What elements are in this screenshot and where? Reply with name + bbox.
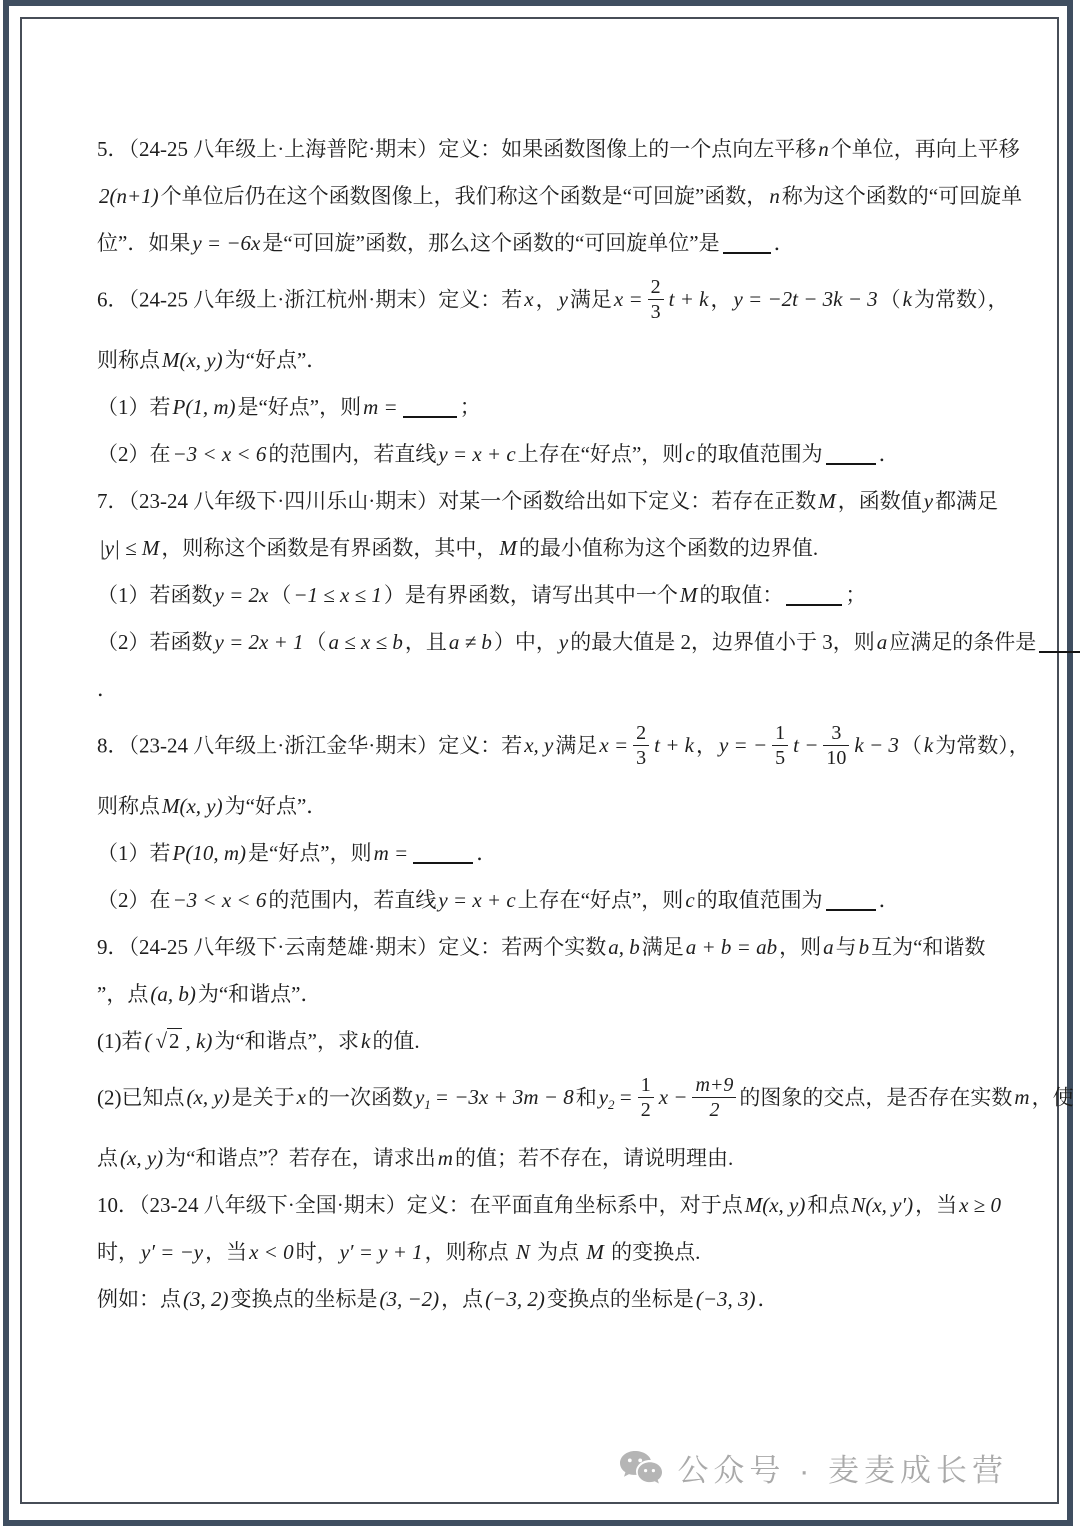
problem-9-line-4: (2)已知点(x, y)是关于x的一次函数y1= −3x + 3m − 8和y2… [97,1075,1002,1124]
answer-blank [826,890,876,911]
text-run: ，点 [441,1287,483,1311]
math-run: a ≤ x ≤ b [326,630,404,654]
problem-7-line-3: （1）若函数y = 2x（−1 ≤ x ≤ 1）是有界函数，请写出其中一个M的取… [97,582,1002,608]
math-run: m [436,1146,455,1170]
math-run: c [683,888,696,912]
text-run: 的取值范围为 [697,888,823,912]
text-run: （1）若 [97,395,171,419]
text-run: （1）若函数 [97,583,213,607]
text-run: 的取值： [699,583,783,607]
text-run: 为常数）， [914,287,1009,311]
fraction: 15 [772,721,788,770]
text-run: 应满足的条件是 [889,630,1036,654]
text-run: 的范围内，若直线 [268,888,436,912]
text-run: 为“好点”． [225,348,328,372]
text-run: 10．（23-24 八年级下·全国·期末）定义：在平面直角坐标系中，对于点 [97,1193,743,1217]
text-run: ，则称点 [425,1240,514,1264]
text-run: (1)若 [97,1029,143,1053]
text-run: ，且 [405,630,447,654]
answer-blank [413,843,473,864]
text-run: 满足 [555,733,597,757]
math-run: m = [372,841,411,865]
math-run: k [922,733,935,757]
problem-7-line-2: |y| ≤ M，则称这个函数是有界函数，其中，M的最小值称为这个函数的边界值. [97,535,1002,561]
text-run: ． [774,231,795,255]
answer-blank [826,444,876,465]
text-run: （2）在 [97,442,171,466]
math-run: m = [361,395,400,419]
math-run: (x, y) [118,1146,165,1170]
problem-6-line-2: 则称点M(x, y)为“好点”． [97,347,1002,373]
text-run: 满足 [570,287,612,311]
math-run: = [617,1085,635,1109]
math-run: x, y [522,733,555,757]
fraction: m+92 [692,1073,736,1122]
problem-10-line-2: 时，y′ = −y，当x < 0时，y′ = y + 1，则称点 N 为点 M … [97,1239,1002,1265]
text-run: 的最大值是 2，边界值小于 3，则 [570,630,875,654]
text-run: ，使 [1032,1085,1074,1109]
text-run: ； [845,583,866,607]
math-run: a ≠ b [447,630,494,654]
text-run: ． [476,841,497,865]
problem-6-line-3: （1）若P(1, m)是“好点”，则m =； [97,394,1002,420]
text-run: ． [879,442,900,466]
text-run: ，当 [915,1193,957,1217]
text-run: 例如：点 [97,1287,181,1311]
text-run: ． [879,888,900,912]
math-run: M [584,1240,606,1264]
math-run: y′ = −y [139,1240,205,1264]
text-run: 为“和谐点”？若存在，请求出 [165,1146,436,1170]
math-run: x = [597,733,630,757]
text-run: （2）若函数 [97,630,213,654]
fraction: 12 [638,1073,654,1122]
text-run: 9．（24-25 八年级下·云南楚雄·期末）定义：若两个实数 [97,935,606,959]
math-run: x ≥ 0 [957,1193,1003,1217]
problem-8-line-1: 8．（23-24 八年级上·浙江金华·期末）定义：若x, y满足x =23t +… [97,723,1002,772]
math-run: −1 ≤ x ≤ 1 [291,583,384,607]
math-run: M(x, y) [743,1193,808,1217]
math-run: y = 2x [213,583,271,607]
math-run: y′ = y + 1 [338,1240,425,1264]
text-run: 是“好点”，则 [248,841,372,865]
problem-8-line-4: （2）在−3 < x < 6的范围内，若直线y = x + c上存在“好点”，则… [97,887,1002,913]
text-run: （ [901,733,922,757]
math-run: a [821,935,836,959]
problem-10-line-1: 10．（23-24 八年级下·全国·期末）定义：在平面直角坐标系中，对于点M(x… [97,1192,1002,1218]
math-run: k − 3 [852,733,901,757]
fraction: 23 [648,275,664,324]
problem-5-line-1: 5．（24-25 八年级上·上海普陀·期末）定义：如果函数图像上的一个点向左平移… [97,136,1002,162]
text-run: （ [305,630,326,654]
problem-9-line-5: 点(x, y)为“和谐点”？若存在，请求出m的值；若不存在，请说明理由. [97,1145,1002,1171]
problem-5-line-2: 2(n+1)个单位后仍在这个函数图像上，我们称这个函数是“可回旋”函数，n称为这… [97,183,1002,209]
text-run: 为“和谐点”，求 [214,1029,359,1053]
text-run: 6．（24-25 八年级上·浙江杭州·期末）定义：若 [97,287,522,311]
math-run: N(x, y′) [849,1193,915,1217]
text-run: ； [460,395,481,419]
fraction: 310 [823,721,849,770]
text-run: ）中， [494,630,557,654]
problems-text: 5．（24-25 八年级上·上海普陀·期末）定义：如果函数图像上的一个点向左平移… [97,136,1002,1333]
math-run: k [359,1029,372,1053]
problem-7-line-4: （2）若函数y = 2x + 1（a ≤ x ≤ b，且a ≠ b）中，y的最大… [97,629,1002,655]
text-run: 的变换点. [606,1240,701,1264]
text-run: 个单位后仍在这个函数图像上，我们称这个函数是“可回旋”函数， [161,184,768,208]
sqrt-expression: √2 [154,1029,184,1053]
text-run: 为“和谐点”． [198,982,322,1006]
text-run: 称为这个函数的“可回旋单 [782,184,1022,208]
math-run: y [922,489,935,513]
math-run: P(1, m) [171,395,238,419]
text-run: 的值. [372,1029,419,1053]
text-run: 个单位，再向上平移 [831,137,1020,161]
text-run: 则称点 [97,794,160,818]
math-run: n [816,137,831,161]
text-run: 5．（24-25 八年级上·上海普陀·期末）定义：如果函数图像上的一个点向左平移 [97,137,816,161]
math-run: 2(n+1) [97,184,161,208]
text-run: ）是有界函数，请写出其中一个 [384,583,678,607]
math-run: y2 [597,1085,617,1109]
math-run: y = x + c [436,442,517,466]
text-run: 为“好点”． [225,794,328,818]
math-run: x − [657,1085,690,1109]
math-run: −3 < x < 6 [171,888,269,912]
text-run: 时， [296,1240,338,1264]
text-run: 的图象的交点，是否存在实数 [739,1085,1012,1109]
math-run: (x, y) [185,1085,232,1109]
math-run: = −3x + 3m − 8 [433,1085,576,1109]
math-run: M [678,583,700,607]
text-run: ， [710,287,731,311]
text-run: 是“可回旋”函数，那么这个函数的“可回旋单位”是 [262,231,719,255]
math-run: −3 < x < 6 [171,442,269,466]
text-run: ，则称这个函数是有界函数，其中， [161,536,497,560]
text-run: 位”．如果 [97,231,190,255]
math-run: y = x + c [436,888,517,912]
math-run: (3, 2) [181,1287,231,1311]
text-run: 上存在“好点”，则 [518,442,684,466]
math-run: y1 [413,1085,433,1109]
text-run: 的最小值称为这个函数的边界值. [519,536,818,560]
math-run: (−3, 2) [483,1287,547,1311]
math-run: M [497,536,519,560]
text-run: （1）若 [97,841,171,865]
text-run: ， [696,733,717,757]
problem-7-line-5: ． [97,676,1002,702]
math-run: M(x, y) [160,794,225,818]
answer-blank [403,397,457,418]
math-run: k [901,287,914,311]
fraction: 23 [633,721,649,770]
text-run: 时， [97,1240,139,1264]
math-run: M [816,489,838,513]
math-run: a + b = ab [684,935,779,959]
text-run: ， [536,287,557,311]
problem-8-line-2: 则称点M(x, y)为“好点”． [97,793,1002,819]
text-run: 的取值范围为 [697,442,823,466]
math-run: N [514,1240,532,1264]
text-run: ． [758,1287,779,1311]
math-run: a, b [606,935,642,959]
text-run: 点 [97,1146,118,1170]
math-run: (−3, 3) [694,1287,758,1311]
problem-10-line-3: 例如：点(3, 2)变换点的坐标是(3, −2)，点(−3, 2)变换点的坐标是… [97,1286,1002,1312]
math-run: P(10, m) [171,841,248,865]
problem-6-line-1: 6．（24-25 八年级上·浙江杭州·期末）定义：若x，y满足x =23t + … [97,277,1002,326]
text-run: ，则 [779,935,821,959]
text-run: 是关于 [232,1085,295,1109]
math-run: (a, b) [148,982,198,1006]
text-run: （ [270,583,291,607]
watermark: 公众号 · 麦麦成长营 [619,1445,1008,1490]
math-run: c [683,442,696,466]
math-run: (3, −2) [378,1287,442,1311]
math-run: y = −6x [190,231,262,255]
answer-blank [786,585,842,606]
wechat-icon [619,1450,663,1486]
text-run: 的范围内，若直线 [268,442,436,466]
text-run: 和点 [807,1193,849,1217]
problem-9-line-3: (1)若(√2, k)为“和谐点”，求k的值. [97,1028,1002,1054]
text-run: ”，点 [97,982,148,1006]
text-run: 的值；若不存在，请说明理由. [455,1146,733,1170]
math-run: x [295,1085,308,1109]
math-run: , k) [184,1029,215,1053]
math-run: y = 2x + 1 [213,630,306,654]
math-run: x [522,287,535,311]
text-run: ． [97,677,118,701]
math-run: t − [791,733,820,757]
text-run: 为点 [532,1240,585,1264]
text-run: 8．（23-24 八年级上·浙江金华·期末）定义：若 [97,733,522,757]
math-run: ( [143,1029,154,1053]
problem-6-line-4: （2）在−3 < x < 6的范围内，若直线y = x + c上存在“好点”，则… [97,441,1002,467]
text-run: 都满足 [935,489,998,513]
math-run: y = −2t − 3k − 3 [731,287,879,311]
math-run: x < 0 [247,1240,296,1264]
problem-9-line-1: 9．（24-25 八年级下·云南楚雄·期末）定义：若两个实数a, b满足a + … [97,934,1002,960]
text-run: 互为“和谐数 [871,935,985,959]
text-run: 满足 [642,935,684,959]
math-run: n [767,184,782,208]
math-run: y = − [717,733,769,757]
problem-7-line-1: 7．（23-24 八年级下·四川乐山·期末）对某一个函数给出如下定义：若存在正数… [97,488,1002,514]
text-run: 7．（23-24 八年级下·四川乐山·期末）对某一个函数给出如下定义：若存在正数 [97,489,816,513]
math-run: M(x, y) [160,348,225,372]
math-run: t + k [667,287,711,311]
math-run: a [875,630,890,654]
math-run: |y| ≤ M [97,536,161,560]
math-run: y [557,630,570,654]
problem-8-line-3: （1）若P(10, m)是“好点”，则m =． [97,840,1002,866]
text-run: （2）在 [97,888,171,912]
math-run: x = [612,287,645,311]
text-run: 则称点 [97,348,160,372]
answer-blank [723,233,771,254]
text-run: (2)已知点 [97,1085,185,1109]
problem-5-line-3: 位”．如果y = −6x是“可回旋”函数，那么这个函数的“可回旋单位”是． [97,230,1002,256]
text-run: 变换点的坐标是 [547,1287,694,1311]
watermark-text: 公众号 · 麦麦成长营 [677,1445,1008,1490]
text-run: （ [880,287,901,311]
math-run: y [557,287,570,311]
text-run: 上存在“好点”，则 [518,888,684,912]
text-run: 变换点的坐标是 [231,1287,378,1311]
text-run: ，当 [205,1240,247,1264]
text-run: 为常数）， [935,733,1030,757]
problem-9-line-2: ”，点(a, b)为“和谐点”． [97,981,1002,1007]
math-run: b [857,935,872,959]
text-run: 和 [576,1085,597,1109]
math-run: m [1012,1085,1031,1109]
text-run: 的一次函数 [308,1085,413,1109]
text-run: 与 [836,935,857,959]
text-run: 是“好点”，则 [237,395,361,419]
math-run: t + k [652,733,696,757]
answer-blank [1039,632,1080,653]
text-run: ，函数值 [838,489,922,513]
